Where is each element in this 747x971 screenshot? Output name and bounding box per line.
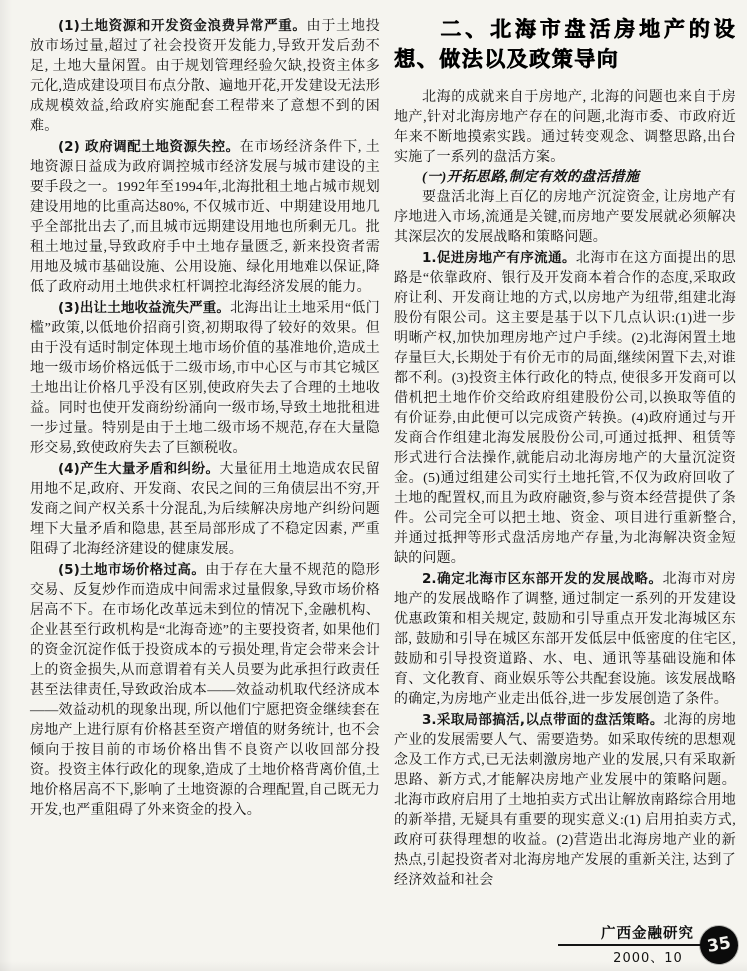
paragraph-lead: (3)出让土地收益流失严重。: [58, 300, 230, 316]
journal-footer: 广西金融研究 2000、10 35: [558, 922, 738, 966]
paragraph-disputes: (4)产生大量矛盾和纠纷。大量征用土地造成农民留用地不足,政府、开发商、农民之间…: [30, 459, 380, 560]
section-title: 二、北海市盘活房地产的设想、做法以及政策导向: [394, 14, 736, 74]
measure-item-east-development: 2.确定北海市区东部开发的发展战略。北海市对房地产的发展战略作了调整, 通过制定…: [394, 569, 736, 710]
scanned-journal-page: (1)土地资源和开发资金浪费异常严重。由于土地投放市场过量,超过了社会投资开发能…: [0, 0, 747, 971]
item-lead: 3.采取局部搞活,以点带面的盘活策略。: [422, 712, 664, 728]
item-body: 北海的房地产业的发展需要人气、需要造势。如采取传统的思想观念及工作方式,已无法刺…: [394, 713, 736, 888]
subsection-intro: 要盘活北海上百亿的房地产沉淀资金, 让房地产有序地进入市场,流通是关键,而房地产…: [394, 188, 736, 248]
item-lead: 2.确定北海市区东部开发的发展战略。: [422, 571, 663, 587]
measure-item-local-activation: 3.采取局部搞活,以点带面的盘活策略。北海的房地产业的发展需要人气、需要造势。如…: [394, 710, 736, 891]
measure-item-circulation: 1.促进房地产有序流通。北海市在这方面提出的思路是“依靠政府、银行及开发商本着合…: [394, 248, 736, 569]
paragraph-govt-control-lost: (2) 政府调配土地资源失控。在市场经济条件下, 土地资源日益成为政府调控城市经…: [30, 137, 380, 298]
paragraph-land-waste: (1)土地资源和开发资金浪费异常严重。由于土地投放市场过量,超过了社会投资开发能…: [30, 16, 380, 137]
item-body: 北海市对房地产的发展战略作了调整, 通过制定一系列的开发建设优惠政策和相关规定,…: [394, 572, 736, 707]
paragraph-lead: (4)产生大量矛盾和纠纷。: [58, 461, 219, 477]
item-lead: 1.促进房地产有序流通。: [422, 250, 576, 266]
subsection-heading: (一)开拓思路,制定有效的盘活措施: [394, 168, 736, 188]
left-column: (1)土地资源和开发资金浪费异常严重。由于土地投放市场过量,超过了社会投资开发能…: [30, 16, 380, 821]
journal-issue: 2000、10: [558, 947, 708, 966]
paragraph-body: 由于存在大量不规范的隐形交易、反复炒作而造成中间需求过量假象,导致市场价格居高不…: [30, 563, 380, 818]
paragraph-body: 北海出让土地采用“低门槛”政策,以低地价招商引资,初期取得了较好的效果。但由于没…: [30, 301, 380, 456]
section-intro: 北海的成就来自于房地产, 北海的问题也来自于房地产,针对北海房地产存在的问题,北…: [394, 88, 736, 168]
paragraph-lead: (2) 政府调配土地资源失控。: [58, 139, 240, 155]
journal-imprint: 广西金融研究 2000、10: [558, 922, 708, 966]
paragraph-lead: (5)土地市场价格过高。: [58, 562, 205, 578]
paragraph-body: 在市场经济条件下, 土地资源日益成为政府调控城市经济发展与城市建设的主要手段之一…: [30, 140, 380, 295]
paragraph-revenue-loss: (3)出让土地收益流失严重。北海出让土地采用“低门槛”政策,以低地价招商引资,初…: [30, 298, 380, 459]
paragraph-high-prices: (5)土地市场价格过高。由于存在大量不规范的隐形交易、反复炒作而造成中间需求过量…: [30, 560, 380, 821]
item-body: 北海市在这方面提出的思路是“依靠政府、银行及开发商本着合作的态度,采取政府让利、…: [394, 251, 736, 566]
paragraph-body: 由于土地投放市场过量,超过了社会投资开发能力,导致开发后劲不足, 土地大量闲置。…: [30, 19, 380, 134]
right-column: 二、北海市盘活房地产的设想、做法以及政策导向 北海的成就来自于房地产, 北海的问…: [394, 14, 736, 891]
journal-title: 广西金融研究: [558, 922, 708, 946]
paragraph-lead: (1)土地资源和开发资金浪费异常严重。: [58, 18, 306, 34]
